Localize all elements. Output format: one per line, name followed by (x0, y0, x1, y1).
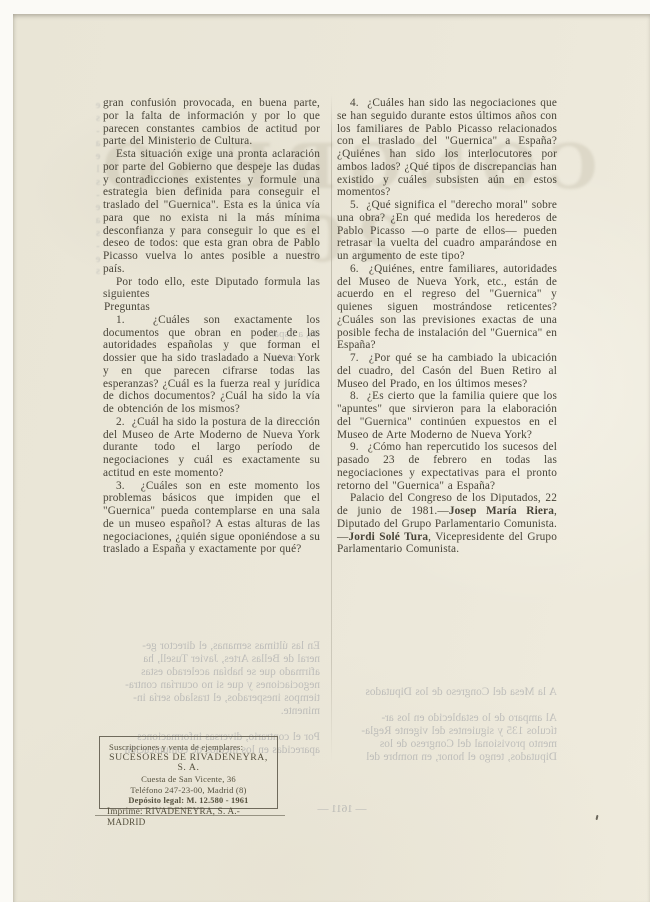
bleedthrough-line: afirmado que se habían acelerado estas (103, 666, 320, 679)
paragraph: 2. ¿Cuál ha sido la postura de la direcc… (103, 416, 320, 480)
signature-block: Palacio del Congreso de los Diputados, 2… (337, 492, 557, 556)
bleedthrough-fragment: rrador (269, 352, 296, 364)
paragraph: Por todo ello, este Diputado formula las… (103, 276, 320, 302)
bleedthrough-fragment: do, a España. (261, 328, 320, 340)
paper-sheet: CONGRESO 20 e s - a e l s - e a s - e s … (13, 14, 650, 902)
paragraph: 5. ¿Qué significa el "derecho moral" sob… (337, 199, 557, 263)
bleedthrough-line: mento provisional del Congreso de los (337, 738, 557, 751)
bleedthrough-line: tiempos inesperados, el traslado sería i… (103, 692, 320, 705)
bleedthrough-line: En las últimas semanas, el director ge- (103, 640, 320, 653)
right-text-column: 4. ¿Cuáles han sido las negociaciones qu… (337, 97, 557, 556)
bleedthrough-right-block: A la Mesa del Congreso de los Diputados … (337, 686, 557, 764)
bleedthrough-line: Al amparo de lo establecido en los ar- (337, 712, 557, 725)
imprint-underline (95, 815, 285, 816)
bleedthrough-line: tículos 135 y siguientes del vigente Reg… (337, 725, 557, 738)
imprint-publisher: SUCESORES DE RIVADENEYRA, S. A. (104, 753, 273, 774)
imprint-phone: Teléfono 247-23-00, Madrid (8) (104, 785, 273, 796)
bleedthrough-page-number: — 1611 — (300, 803, 384, 815)
paragraph: gran confusión provocada, en buena parte… (103, 97, 320, 148)
signatory-name: Josep María Riera (449, 505, 554, 517)
paragraph: Preguntas (103, 301, 320, 314)
imprint-box: Suscripciones y venta de ejemplares: SUC… (99, 736, 278, 809)
bleedthrough-line: minente. (103, 705, 320, 718)
bleedthrough-line: negociaciones y que si no ocurrían contr… (103, 679, 320, 692)
paragraph: Esta situación exige una pronta aclaraci… (103, 148, 320, 276)
imprint-address: Cuesta de San Vicente, 36 (104, 774, 273, 785)
paragraph: 4. ¿Cuáles han sido las negociaciones qu… (337, 97, 557, 199)
paragraph: 3. ¿Cuáles son en este momento los probl… (103, 480, 320, 557)
imprint-legal-deposit: Depósito legal: M. 12.580 - 1961 (104, 796, 273, 807)
paragraph: 7. ¿Por qué se ha cambiado la ubicación … (337, 352, 557, 390)
bleedthrough-line (337, 699, 557, 712)
paragraph: 8. ¿Es cierto que la familia quiere que … (337, 390, 557, 441)
signatory-name: Jordi Solé Tura (348, 531, 428, 543)
bleedthrough-line (103, 718, 320, 731)
column-divider-line (331, 94, 332, 762)
bleedthrough-line: neral de Bellas Artes, Javier Tusell, ha (103, 653, 320, 666)
paragraph: 9. ¿Cómo han repercutido los sucesos del… (337, 441, 557, 492)
scanned-document: CONGRESO 20 e s - a e l s - e a s - e s … (0, 0, 650, 902)
paper-speck (596, 815, 599, 820)
bleedthrough-line: Diputados, tengo el honor, en nombre del (337, 751, 557, 764)
imprint-printer: Imprime: RIVADENEYRA, S. A.-MADRID (104, 806, 273, 827)
bleedthrough-line: A la Mesa del Congreso de los Diputados (337, 686, 557, 699)
paragraph: 6. ¿Quiénes, entre familiares, autoridad… (337, 263, 557, 352)
right-column-questions: 4. ¿Cuáles han sido las negociaciones qu… (337, 97, 557, 492)
left-text-column: gran confusión provocada, en buena parte… (103, 97, 320, 556)
